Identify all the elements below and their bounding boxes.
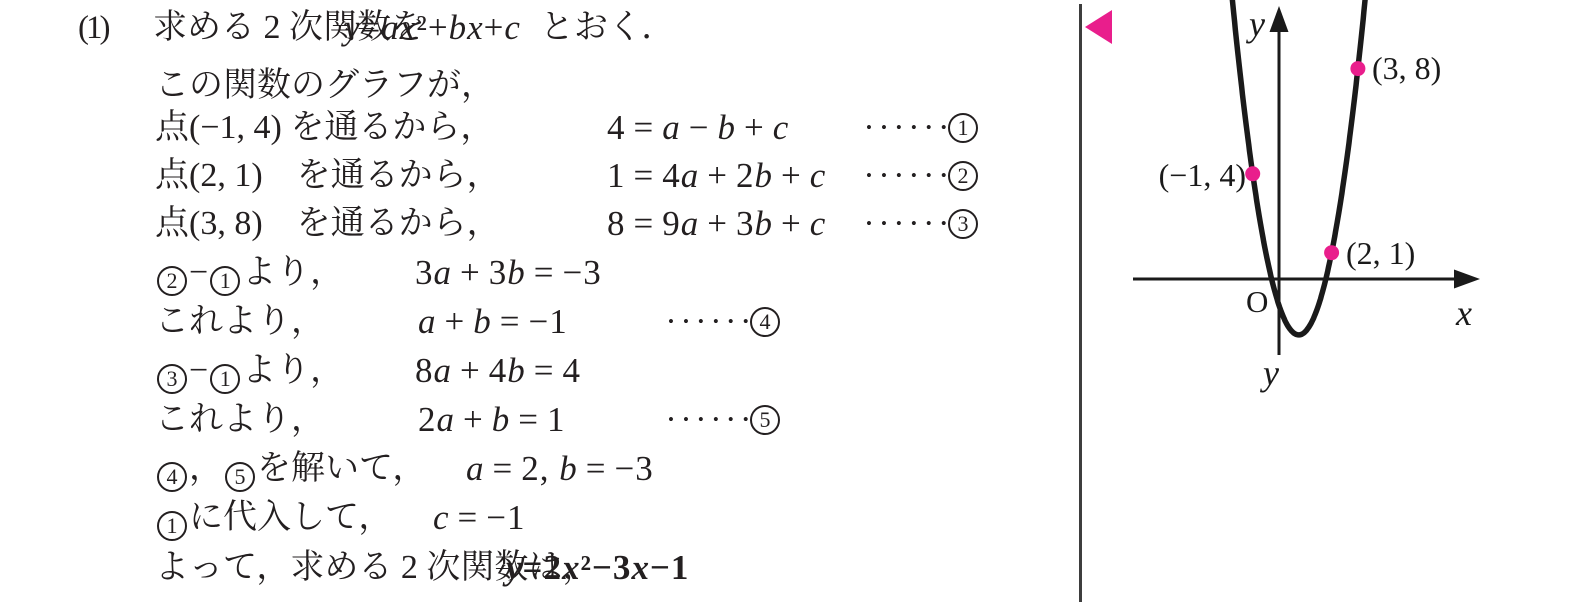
circled-number-5: 5	[750, 405, 780, 435]
point-dot-3-8	[1350, 61, 1365, 76]
minus-text: −	[189, 254, 208, 291]
line10-label: 4，5を解いて，	[155, 447, 426, 491]
textbook-solution-page: (1) 求める 2 次関数を y=ax²+bx+c とおく． この関数のグラフが…	[0, 0, 1590, 610]
circled-number-2: 2	[157, 266, 187, 296]
circled-number-3: 3	[157, 364, 187, 394]
point-label-3-8: (3, 8)	[1372, 50, 1441, 86]
label-text: に代入して，	[189, 499, 392, 536]
comma-text: ，	[189, 450, 223, 487]
line9-equation: 2a + b = 1	[418, 398, 566, 442]
circled-number-4: 4	[157, 462, 187, 492]
final-answer-equation: y=2x²−3x−1	[506, 546, 689, 590]
x-axis-arrow-icon	[1454, 270, 1480, 289]
dots-leader: ••••••	[668, 300, 758, 344]
x-axis-label: x	[1455, 293, 1472, 333]
line4-label: 点(2, 1) を通るから，	[155, 154, 501, 198]
y-axis-label-bottom: y	[1260, 353, 1279, 393]
line6-equation: 3a + 3b = −3	[415, 251, 602, 295]
point-label-minus1-4: (−1, 4)	[1159, 157, 1246, 193]
line9-label: これより，	[155, 398, 325, 442]
column-divider-line	[1079, 4, 1082, 602]
circled-number-1: 1	[157, 511, 187, 541]
line3-equation: 4 = a − b + c	[607, 106, 789, 150]
circled-number-2: 2	[948, 161, 978, 191]
y-axis-arrow-icon	[1270, 6, 1289, 32]
line10-result: a = 2, b = −3	[466, 447, 654, 491]
point-label-2-1: (2, 1)	[1346, 235, 1415, 271]
line4-equation: 1 = 4a + 2b + c	[607, 154, 826, 198]
label-text: より，	[242, 352, 344, 389]
dots-leader: ••••••	[668, 398, 758, 442]
line2-label: この関数のグラフが，	[155, 64, 495, 108]
line5-label: 点(3, 8) を通るから，	[155, 202, 501, 246]
minus-text: −	[189, 352, 208, 389]
circled-number-1: 1	[948, 113, 978, 143]
line1-post: とおく．	[540, 6, 675, 50]
circled-number-1: 1	[210, 266, 240, 296]
dots-leader: ••••••	[866, 106, 956, 150]
dots-leader: ••••••	[866, 154, 956, 198]
circled-number-3: 3	[948, 209, 978, 239]
line6-label: 2−1より，	[155, 251, 344, 295]
line11-result: c = −1	[433, 496, 526, 540]
circled-number-1: 1	[210, 364, 240, 394]
line11-label: 1に代入して，	[155, 496, 392, 540]
point-dot-2-1	[1324, 245, 1339, 260]
line7-equation: a + b = −1	[418, 300, 568, 344]
line7-label: これより，	[155, 300, 325, 344]
line5-equation: 8 = 9a + 3b + c	[607, 202, 826, 246]
dots-leader: ••••••	[866, 202, 956, 246]
y-axis-label-top: y	[1246, 4, 1265, 44]
label-text: より，	[242, 254, 344, 291]
line1-equation: y=ax²+bx+c	[344, 6, 521, 50]
graph-svg: (−1, 4) (2, 1) (3, 8) O x y y	[1100, 0, 1590, 400]
item-number: (1)	[78, 6, 107, 50]
circled-number-5: 5	[225, 462, 255, 492]
line8-equation: 8a + 4b = 4	[415, 349, 581, 393]
point-dot-minus1-4	[1245, 166, 1260, 181]
circled-number-4: 4	[750, 307, 780, 337]
line3-label: 点(−1, 4) を通るから，	[155, 106, 494, 150]
origin-label: O	[1246, 284, 1268, 319]
label-text: を解いて，	[257, 450, 426, 487]
line8-label: 3−1より，	[155, 349, 344, 393]
